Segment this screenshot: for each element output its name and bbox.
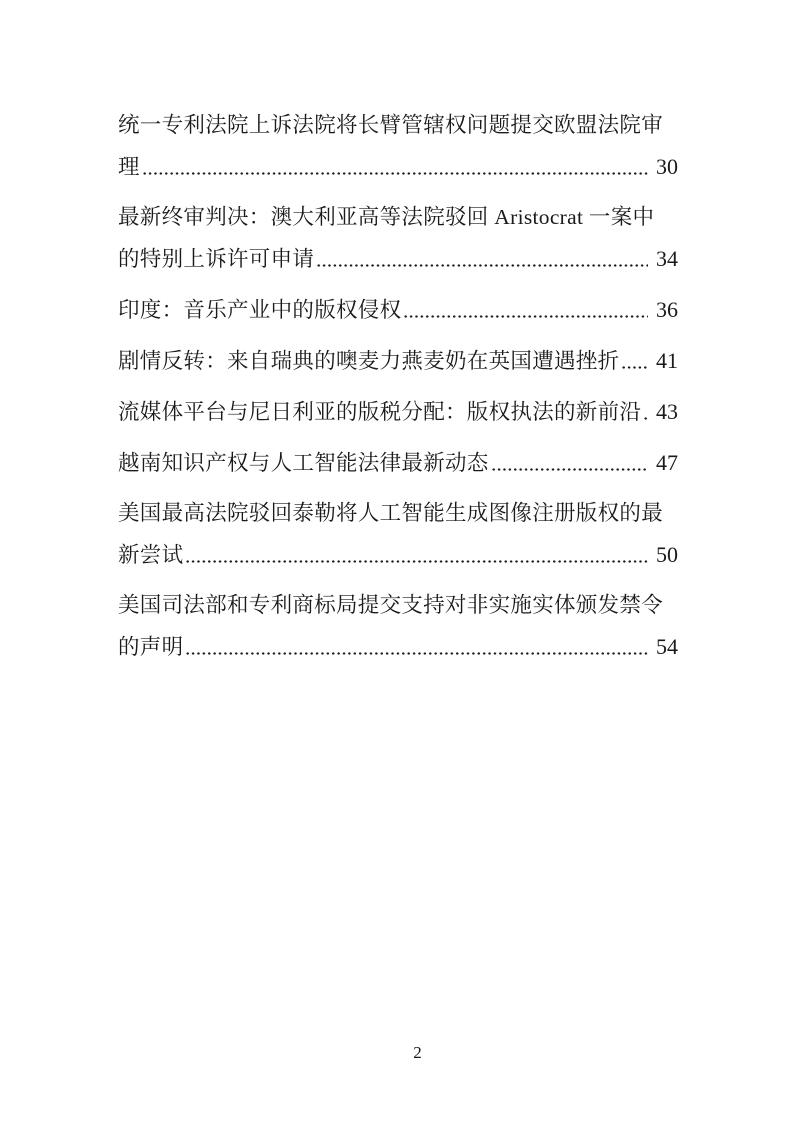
- toc-entry-text: 理: [118, 147, 140, 188]
- toc-entry[interactable]: 流媒体平台与尼日利亚的版税分配：版权执法的新前沿 43: [118, 391, 678, 433]
- toc-dot-leader: [491, 468, 648, 471]
- toc-entry-last-line: 的特别上诉许可申请 34: [118, 238, 678, 280]
- toc-entry-text-line: 最新终审判决：澳大利亚高等法院驳回 Aristocrat 一案中: [118, 197, 678, 238]
- toc-entry-last-line: 流媒体平台与尼日利亚的版税分配：版权执法的新前沿 43: [118, 391, 678, 433]
- toc-entry-text: 越南知识产权与人工智能法律最新动态: [118, 443, 489, 484]
- toc-page-number: 34: [656, 238, 678, 279]
- toc-entry-text-line: 美国最高法院驳回泰勒将人工智能生成图像注册版权的最: [118, 493, 678, 534]
- toc-entry-last-line: 理 30: [118, 146, 678, 188]
- toc-dot-leader: [142, 172, 648, 175]
- toc-entry-text: 印度：音乐产业中的版权侵权: [118, 290, 401, 331]
- toc-entry[interactable]: 印度：音乐产业中的版权侵权 36: [118, 289, 678, 331]
- table-of-contents: 统一专利法院上诉法院将长臂管辖权问题提交欧盟法院审 理 30 最新终审判决：澳大…: [118, 105, 678, 677]
- toc-entry-text: 新尝试: [118, 535, 183, 576]
- toc-page-number: 41: [656, 340, 678, 381]
- toc-dot-leader: [185, 560, 648, 563]
- toc-entry-last-line: 剧情反转：来自瑞典的噢麦力燕麦奶在英国遭遇挫折 41: [118, 340, 678, 382]
- toc-entry[interactable]: 美国最高法院驳回泰勒将人工智能生成图像注册版权的最 新尝试 50: [118, 493, 678, 576]
- toc-entry[interactable]: 最新终审判决：澳大利亚高等法院驳回 Aristocrat 一案中 的特别上诉许可…: [118, 197, 678, 280]
- toc-entry-last-line: 新尝试 50: [118, 534, 678, 576]
- toc-dot-leader: [316, 264, 648, 267]
- page-number-footer: 2: [0, 1042, 793, 1064]
- toc-dot-leader: [643, 417, 648, 420]
- toc-entry[interactable]: 剧情反转：来自瑞典的噢麦力燕麦奶在英国遭遇挫折 41: [118, 340, 678, 382]
- toc-page-number: 47: [656, 442, 678, 483]
- toc-entry-last-line: 的声明 54: [118, 626, 678, 668]
- toc-entry-text: 流媒体平台与尼日利亚的版税分配：版权执法的新前沿: [118, 392, 641, 433]
- toc-page-number: 43: [656, 391, 678, 432]
- toc-entry[interactable]: 越南知识产权与人工智能法律最新动态 47: [118, 442, 678, 484]
- toc-entry[interactable]: 统一专利法院上诉法院将长臂管辖权问题提交欧盟法院审 理 30: [118, 105, 678, 188]
- toc-page-number: 30: [656, 146, 678, 187]
- toc-entry[interactable]: 美国司法部和专利商标局提交支持对非实施实体颁发禁令 的声明 54: [118, 585, 678, 668]
- toc-dot-leader: [185, 652, 648, 655]
- toc-dot-leader: [403, 315, 648, 318]
- toc-page-number: 54: [656, 626, 678, 667]
- toc-page-number: 36: [656, 289, 678, 330]
- toc-entry-last-line: 印度：音乐产业中的版权侵权 36: [118, 289, 678, 331]
- toc-dot-leader: [621, 366, 648, 369]
- toc-entry-text: 的特别上诉许可申请: [118, 239, 314, 280]
- toc-entry-last-line: 越南知识产权与人工智能法律最新动态 47: [118, 442, 678, 484]
- toc-entry-text-line: 统一专利法院上诉法院将长臂管辖权问题提交欧盟法院审: [118, 105, 678, 146]
- toc-page-number: 50: [656, 534, 678, 575]
- toc-entry-text: 的声明: [118, 627, 183, 668]
- toc-entry-text-line: 美国司法部和专利商标局提交支持对非实施实体颁发禁令: [118, 585, 678, 626]
- toc-entry-text: 剧情反转：来自瑞典的噢麦力燕麦奶在英国遭遇挫折: [118, 341, 619, 382]
- document-page: 统一专利法院上诉法院将长臂管辖权问题提交欧盟法院审 理 30 最新终审判决：澳大…: [0, 0, 793, 1122]
